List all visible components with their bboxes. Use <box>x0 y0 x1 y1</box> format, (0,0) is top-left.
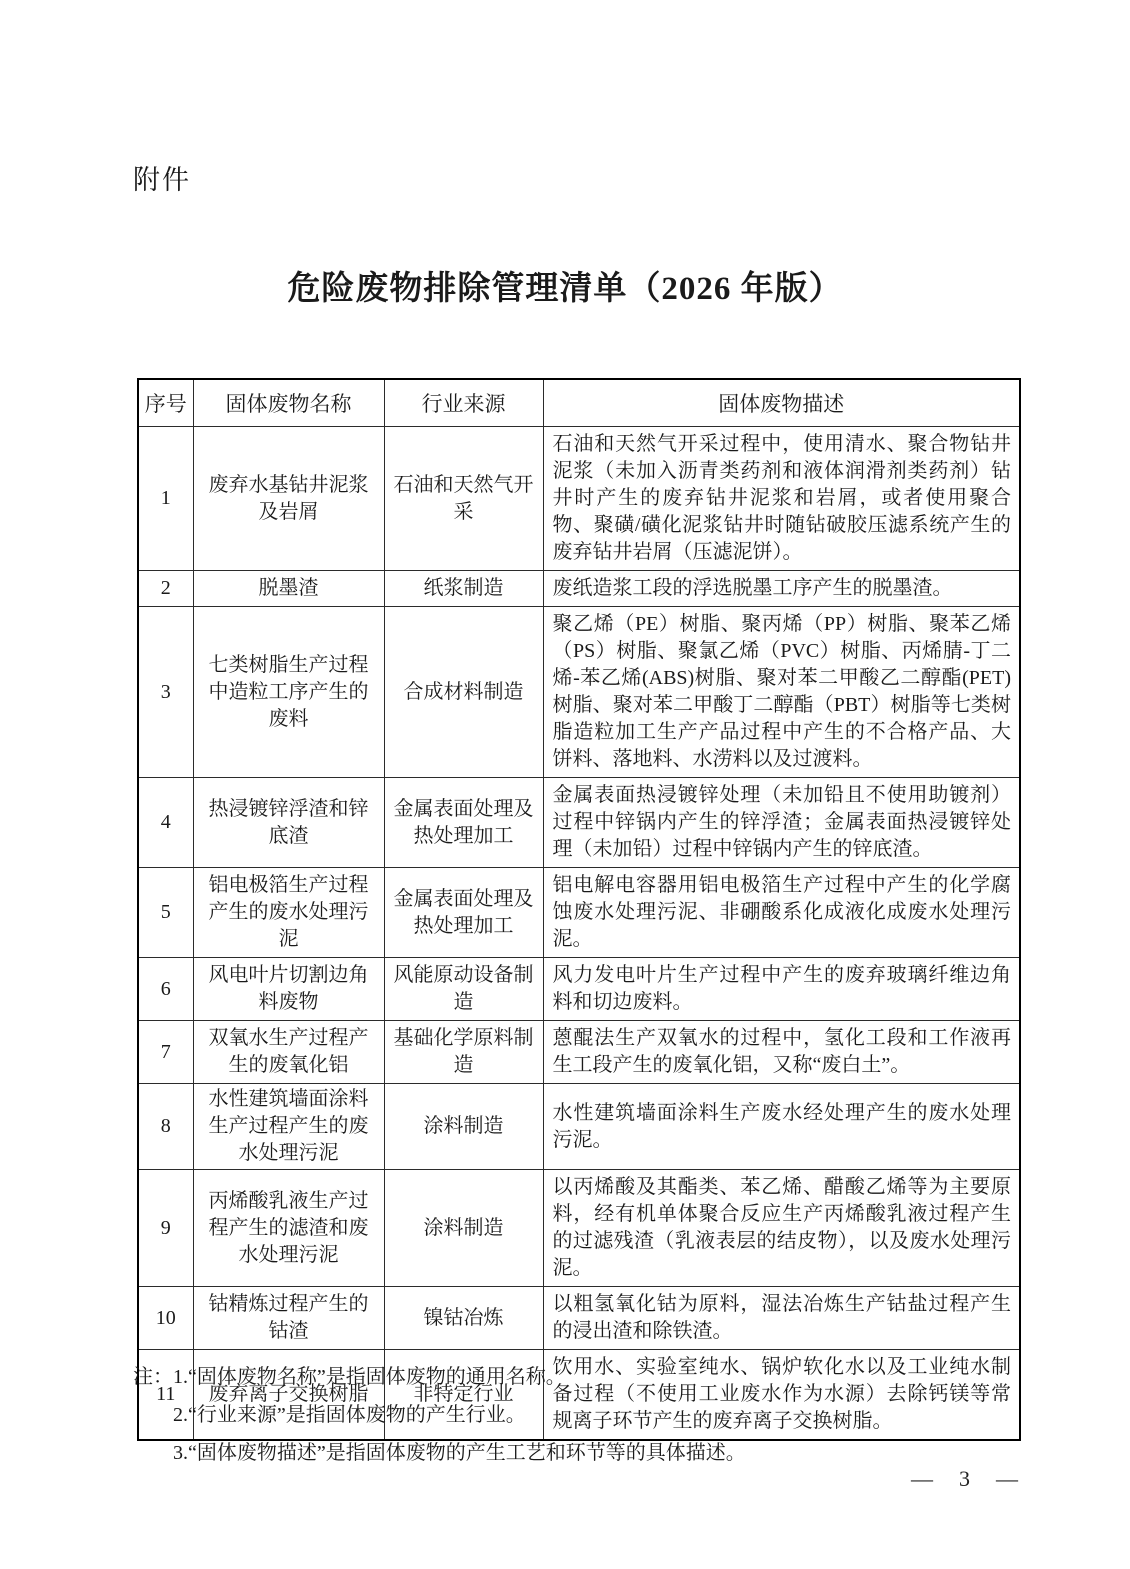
table-row: 9 丙烯酸乳液生产过程产生的滤渣和废水处理污泥 涂料制造 以丙烯酸及其酯类、苯乙… <box>138 1170 1020 1287</box>
attachment-label: 附件 <box>133 158 191 197</box>
description-cell: 石油和天然气开采过程中，使用清水、聚合物钻井泥浆（未加入沥青类药剂和液体润滑剂类… <box>543 427 1020 571</box>
description-cell: 聚乙烯（PE）树脂、聚丙烯（PP）树脂、聚苯乙烯（PS）树脂、聚氯乙烯（PVC）… <box>543 607 1020 778</box>
industry-cell: 风能原动设备制造 <box>384 958 543 1021</box>
waste-name-cell: 钴精炼过程产生的钴渣 <box>193 1287 384 1350</box>
waste-name-cell: 废弃水基钻井泥浆及岩屑 <box>193 427 384 571</box>
table-header-row: 序号 固体废物名称 行业来源 固体废物描述 <box>138 379 1020 427</box>
page-number-dash-right: — <box>996 1466 1018 1492</box>
industry-cell: 纸浆制造 <box>384 571 543 607</box>
note-text: 2.“行业来源”是指固体废物的产生行业。 <box>173 1404 526 1426</box>
row-no: 6 <box>138 958 193 1021</box>
page-number-value: 3 <box>959 1466 970 1492</box>
page-title: 危险废物排除管理清单（2026 年版） <box>0 262 1130 309</box>
table-row: 5 铝电极箔生产过程产生的废水处理污泥 金属表面处理及热处理加工 铝电解电容器用… <box>138 868 1020 958</box>
description-cell: 风力发电叶片生产过程中产生的废弃玻璃纤维边角料和切边废料。 <box>543 958 1020 1021</box>
row-no: 4 <box>138 778 193 868</box>
table-row: 2 脱墨渣 纸浆制造 废纸造浆工段的浮选脱墨工序产生的脱墨渣。 <box>138 571 1020 607</box>
industry-cell: 基础化学原料制造 <box>384 1021 543 1084</box>
row-no: 3 <box>138 607 193 778</box>
row-no: 5 <box>138 868 193 958</box>
note-text: 1.“固体废物名称”是指固体废物的通用名称。 <box>173 1366 566 1388</box>
waste-name-cell: 丙烯酸乳液生产过程产生的滤渣和废水处理污泥 <box>193 1170 384 1287</box>
description-cell: 金属表面热浸镀锌处理（未加铅且不使用助镀剂）过程中锌锅内产生的锌浮渣；金属表面热… <box>543 778 1020 868</box>
page-number-dash-left: — <box>911 1466 933 1492</box>
table-row: 8 水性建筑墙面涂料生产过程产生的废水处理污泥 涂料制造 水性建筑墙面涂料生产废… <box>138 1084 1020 1170</box>
waste-name-cell: 铝电极箔生产过程产生的废水处理污泥 <box>193 868 384 958</box>
row-no: 8 <box>138 1084 193 1170</box>
page-number: — 3 — <box>911 1466 1018 1492</box>
waste-name-cell: 热浸镀锌浮渣和锌底渣 <box>193 778 384 868</box>
waste-list-table: 序号 固体废物名称 行业来源 固体废物描述 1 废弃水基钻井泥浆及岩屑 石油和天… <box>137 378 1021 1441</box>
table-row: 7 双氧水生产过程产生的废氧化铝 基础化学原料制造 蒽醌法生产双氧水的过程中，氢… <box>138 1021 1020 1084</box>
industry-cell: 镍钴冶炼 <box>384 1287 543 1350</box>
waste-name-cell: 双氧水生产过程产生的废氧化铝 <box>193 1021 384 1084</box>
note-line-1: 注：1.“固体废物名称”是指固体废物的通用名称。 <box>133 1358 1013 1396</box>
note-line-2: 2.“行业来源”是指固体废物的产生行业。 <box>133 1396 1013 1434</box>
col-header-description: 固体废物描述 <box>543 379 1020 427</box>
description-cell: 蒽醌法生产双氧水的过程中，氢化工段和工作液再生工段产生的废氧化铝，又称“废白土”… <box>543 1021 1020 1084</box>
industry-cell: 金属表面处理及热处理加工 <box>384 868 543 958</box>
description-cell: 废纸造浆工段的浮选脱墨工序产生的脱墨渣。 <box>543 571 1020 607</box>
col-header-no: 序号 <box>138 379 193 427</box>
table-row: 6 风电叶片切割边角料废物 风能原动设备制造 风力发电叶片生产过程中产生的废弃玻… <box>138 958 1020 1021</box>
row-no: 2 <box>138 571 193 607</box>
industry-cell: 涂料制造 <box>384 1084 543 1170</box>
industry-cell: 合成材料制造 <box>384 607 543 778</box>
table-row: 1 废弃水基钻井泥浆及岩屑 石油和天然气开采 石油和天然气开采过程中，使用清水、… <box>138 427 1020 571</box>
table-row: 3 七类树脂生产过程中造粒工序产生的废料 合成材料制造 聚乙烯（PE）树脂、聚丙… <box>138 607 1020 778</box>
notes-section: 注：1.“固体废物名称”是指固体废物的通用名称。 2.“行业来源”是指固体废物的… <box>133 1358 1013 1472</box>
table-row: 10 钴精炼过程产生的钴渣 镍钴冶炼 以粗氢氧化钴为原料，湿法冶炼生产钴盐过程产… <box>138 1287 1020 1350</box>
waste-name-cell: 脱墨渣 <box>193 571 384 607</box>
description-cell: 以粗氢氧化钴为原料，湿法冶炼生产钴盐过程产生的浸出渣和除铁渣。 <box>543 1287 1020 1350</box>
row-no: 7 <box>138 1021 193 1084</box>
waste-name-cell: 水性建筑墙面涂料生产过程产生的废水处理污泥 <box>193 1084 384 1170</box>
row-no: 10 <box>138 1287 193 1350</box>
row-no: 1 <box>138 427 193 571</box>
waste-name-cell: 七类树脂生产过程中造粒工序产生的废料 <box>193 607 384 778</box>
description-cell: 铝电解电容器用铝电极箔生产过程中产生的化学腐蚀废水处理污泥、非硼酸系化成液化成废… <box>543 868 1020 958</box>
notes-label: 注： <box>133 1366 173 1388</box>
note-line-3: 3.“固体废物描述”是指固体废物的产生工艺和环节等的具体描述。 <box>133 1434 1013 1472</box>
waste-name-cell: 风电叶片切割边角料废物 <box>193 958 384 1021</box>
note-text: 3.“固体废物描述”是指固体废物的产生工艺和环节等的具体描述。 <box>173 1442 746 1464</box>
col-header-waste-name: 固体废物名称 <box>193 379 384 427</box>
industry-cell: 金属表面处理及热处理加工 <box>384 778 543 868</box>
industry-cell: 涂料制造 <box>384 1170 543 1287</box>
table-body: 1 废弃水基钻井泥浆及岩屑 石油和天然气开采 石油和天然气开采过程中，使用清水、… <box>138 427 1020 1441</box>
table-row: 4 热浸镀锌浮渣和锌底渣 金属表面处理及热处理加工 金属表面热浸镀锌处理（未加铅… <box>138 778 1020 868</box>
description-cell: 以丙烯酸及其酯类、苯乙烯、醋酸乙烯等为主要原料，经有机单体聚合反应生产丙烯酸乳液… <box>543 1170 1020 1287</box>
col-header-industry: 行业来源 <box>384 379 543 427</box>
industry-cell: 石油和天然气开采 <box>384 427 543 571</box>
row-no: 9 <box>138 1170 193 1287</box>
description-cell: 水性建筑墙面涂料生产废水经处理产生的废水处理污泥。 <box>543 1084 1020 1170</box>
